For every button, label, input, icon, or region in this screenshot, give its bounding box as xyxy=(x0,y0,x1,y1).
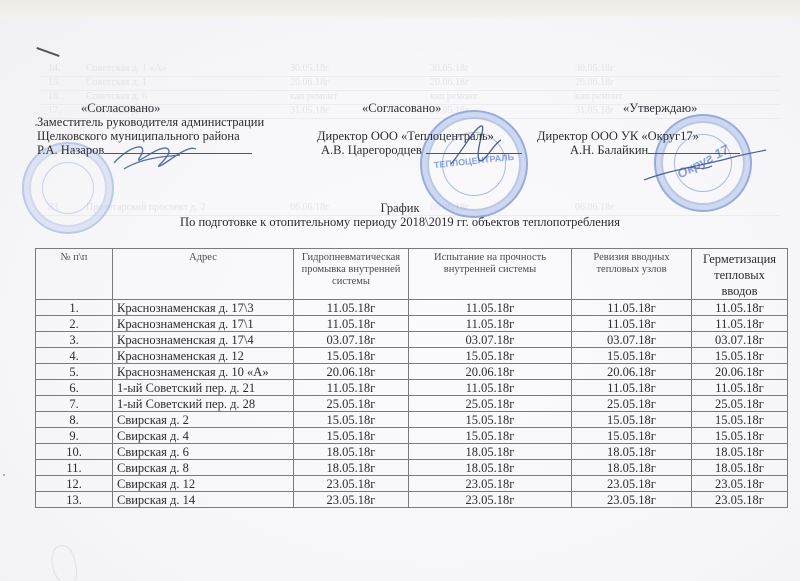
row-address: Свирская д. 2 xyxy=(113,412,294,428)
row-revision-date: 23.05.18г xyxy=(572,492,692,508)
row-address: 1-ый Советский пер. д. 21 xyxy=(113,380,294,396)
row-revision-date: 15.05.18г xyxy=(572,412,692,428)
bleed-through-cell: 20.06.18г xyxy=(430,77,469,88)
row-address: Свирская д. 6 xyxy=(113,444,294,460)
row-seal-date: 11.05.18г xyxy=(692,316,788,332)
approval-position: Директор ООО УК «Округ17» xyxy=(537,129,740,143)
header-revision: Ревизия вводных тепловых узлов xyxy=(572,249,692,300)
table-row: 5.Краснознаменская д. 10 «А»20.06.18г20.… xyxy=(36,364,788,380)
signature-line xyxy=(648,153,740,154)
approval-heading: «Утверждаю» xyxy=(537,101,740,115)
row-seal-date: 18.05.18г xyxy=(692,444,788,460)
approval-block-teplocentral: «Согласовано» Директор ООО «Теплоцентрал… xyxy=(317,101,522,157)
header-sealing: Герметизация тепловых вводов xyxy=(692,249,788,300)
row-seal-date: 11.05.18г xyxy=(692,380,788,396)
row-test-date: 03.07.18г xyxy=(409,332,572,348)
row-flush-date: 15.05.18г xyxy=(294,412,409,428)
row-seal-date: 20.06.18г xyxy=(692,364,788,380)
row-test-date: 23.05.18г xyxy=(409,492,572,508)
bleed-through-cell: 20.06.18г xyxy=(290,77,329,88)
row-test-date: 15.05.18г xyxy=(409,412,572,428)
row-address: Свирская д. 8 xyxy=(113,460,294,476)
table-header-row: № п\п Адрес Гидропневматическая промывка… xyxy=(36,249,788,300)
approval-name: А.В. Царегородцев xyxy=(321,143,422,157)
row-address: Свирская д. 14 xyxy=(113,492,294,508)
row-test-date: 11.05.18г xyxy=(409,300,572,316)
header-number: № п\п xyxy=(36,249,113,300)
row-flush-date: 03.07.18г xyxy=(294,332,409,348)
row-test-date: 18.05.18г xyxy=(409,444,572,460)
row-address: Краснознаменская д. 12 xyxy=(113,348,294,364)
row-test-date: 18.05.18г xyxy=(409,460,572,476)
row-revision-date: 15.05.18г xyxy=(572,348,692,364)
row-seal-date: 15.05.18г xyxy=(692,348,788,364)
approval-block-administration: «Согласовано» Заместитель руководителя а… xyxy=(37,101,264,157)
row-number: 5. xyxy=(36,364,113,380)
row-revision-date: 18.05.18г xyxy=(572,460,692,476)
row-flush-date: 11.05.18г xyxy=(294,316,409,332)
row-address: Краснознаменская д. 17\4 xyxy=(113,332,294,348)
row-address: Краснознаменская д. 17\3 xyxy=(113,300,294,316)
bleed-through-cell: 20.06.18г xyxy=(575,77,614,88)
table-row: 13.Свирская д. 1423.05.18г23.05.18г23.05… xyxy=(36,492,788,508)
document-subtitle: По подготовке к отопительному периоду 20… xyxy=(0,215,800,229)
signature-line xyxy=(426,153,522,154)
corner-mark xyxy=(36,47,59,57)
row-address: 1-ый Советский пер. д. 28 xyxy=(113,396,294,412)
row-flush-date: 15.05.18г xyxy=(294,428,409,444)
schedule-table: № п\п Адрес Гидропневматическая промывка… xyxy=(35,248,788,508)
row-address: Свирская д. 12 xyxy=(113,476,294,492)
row-number: 13. xyxy=(36,492,113,508)
table-row: 1.Краснознаменская д. 17\311.05.18г11.05… xyxy=(36,300,788,316)
row-revision-date: 20.06.18г xyxy=(572,364,692,380)
table-row: 10.Свирская д. 618.05.18г18.05.18г18.05.… xyxy=(36,444,788,460)
row-number: 6. xyxy=(36,380,113,396)
row-flush-date: 20.06.18г xyxy=(294,364,409,380)
row-revision-date: 11.05.18г xyxy=(572,316,692,332)
row-revision-date: 18.05.18г xyxy=(572,444,692,460)
row-number: 4. xyxy=(36,348,113,364)
approval-position: Директор ООО «Теплоцентраль» xyxy=(317,129,522,143)
table-row: 8.Свирская д. 215.05.18г15.05.18г15.05.1… xyxy=(36,412,788,428)
scan-dot xyxy=(3,474,5,476)
bleed-through-cell: 15. xyxy=(48,77,61,88)
row-test-date: 25.05.18г xyxy=(409,396,572,412)
row-seal-date: 23.05.18г xyxy=(692,476,788,492)
table-row: 12.Свирская д. 1223.05.18г23.05.18г23.05… xyxy=(36,476,788,492)
row-flush-date: 15.05.18г xyxy=(294,348,409,364)
approval-heading: «Согласовано» xyxy=(317,101,522,115)
bleed-through-rule xyxy=(40,90,780,91)
row-seal-date: 25.05.18г xyxy=(692,396,788,412)
row-seal-date: 11.05.18г xyxy=(692,300,788,316)
bleed-through-cell: 30.05.18г xyxy=(430,63,469,74)
row-revision-date: 25.05.18г xyxy=(572,396,692,412)
approval-position: Заместитель руководителя администрации xyxy=(37,115,264,129)
table-row: 2.Краснознаменская д. 17\111.05.18г11.05… xyxy=(36,316,788,332)
row-seal-date: 15.05.18г xyxy=(692,412,788,428)
row-test-date: 11.05.18г xyxy=(409,380,572,396)
row-flush-date: 23.05.18г xyxy=(294,492,409,508)
approval-block-okrug17: «Утверждаю» Директор ООО УК «Округ17» А.… xyxy=(537,101,740,157)
row-number: 10. xyxy=(36,444,113,460)
row-flush-date: 11.05.18г xyxy=(294,380,409,396)
table-row: 9.Свирская д. 415.05.18г15.05.18г15.05.1… xyxy=(36,428,788,444)
table-row: 6.1-ый Советский пер. д. 2111.05.18г11.0… xyxy=(36,380,788,396)
row-flush-date: 11.05.18г xyxy=(294,300,409,316)
row-flush-date: 23.05.18г xyxy=(294,476,409,492)
row-seal-date: 23.05.18г xyxy=(692,492,788,508)
row-revision-date: 11.05.18г xyxy=(572,300,692,316)
bleed-through-cell: Советская д. 1 xyxy=(86,77,147,88)
row-number: 7. xyxy=(36,396,113,412)
row-address: Краснознаменская д. 10 «А» xyxy=(113,364,294,380)
row-revision-date: 03.07.18г xyxy=(572,332,692,348)
pencil-mark xyxy=(49,543,80,581)
header-strength-test: Испытание на прочность внутренней систем… xyxy=(409,249,572,300)
row-flush-date: 25.05.18г xyxy=(294,396,409,412)
row-number: 9. xyxy=(36,428,113,444)
scan-border xyxy=(0,0,800,18)
row-number: 8. xyxy=(36,412,113,428)
document-title: График xyxy=(0,201,800,215)
bleed-through-rule xyxy=(40,76,780,77)
bleed-through-cell: 14. xyxy=(48,63,61,74)
table-row: 7.1-ый Советский пер. д. 2825.05.18г25.0… xyxy=(36,396,788,412)
row-test-date: 15.05.18г xyxy=(409,348,572,364)
approval-heading: «Согласовано» xyxy=(37,101,264,115)
row-test-date: 20.06.18г xyxy=(409,364,572,380)
row-seal-date: 15.05.18г xyxy=(692,428,788,444)
table-row: 11.Свирская д. 818.05.18г18.05.18г18.05.… xyxy=(36,460,788,476)
row-number: 11. xyxy=(36,460,113,476)
row-revision-date: 11.05.18г xyxy=(572,380,692,396)
row-seal-date: 03.07.18г xyxy=(692,332,788,348)
signature-line xyxy=(104,153,252,154)
row-number: 2. xyxy=(36,316,113,332)
table-row: 3.Краснознаменская д. 17\403.07.18г03.07… xyxy=(36,332,788,348)
row-revision-date: 15.05.18г xyxy=(572,428,692,444)
row-test-date: 23.05.18г xyxy=(409,476,572,492)
header-address: Адрес xyxy=(113,249,294,300)
row-test-date: 15.05.18г xyxy=(409,428,572,444)
approval-organization: Щелковского муниципального района xyxy=(37,129,264,143)
row-test-date: 11.05.18г xyxy=(409,316,572,332)
row-address: Краснознаменская д. 17\1 xyxy=(113,316,294,332)
row-address: Свирская д. 4 xyxy=(113,428,294,444)
bleed-through-cell: 30.05.18г xyxy=(575,63,614,74)
approval-name: А.Н. Балайкин xyxy=(570,143,648,157)
row-number: 12. xyxy=(36,476,113,492)
row-flush-date: 18.05.18г xyxy=(294,444,409,460)
row-revision-date: 23.05.18г xyxy=(572,476,692,492)
header-flush: Гидропневматическая промывка внутренней … xyxy=(294,249,409,300)
table-row: 4.Краснознаменская д. 1215.05.18г15.05.1… xyxy=(36,348,788,364)
row-seal-date: 18.05.18г xyxy=(692,460,788,476)
row-number: 3. xyxy=(36,332,113,348)
bleed-through-cell: Советская д. 1 «А» xyxy=(86,63,167,74)
row-number: 1. xyxy=(36,300,113,316)
approval-name: Р.А. Назаров xyxy=(37,143,104,157)
row-flush-date: 18.05.18г xyxy=(294,460,409,476)
bleed-through-cell: 30.05.18г xyxy=(290,63,329,74)
